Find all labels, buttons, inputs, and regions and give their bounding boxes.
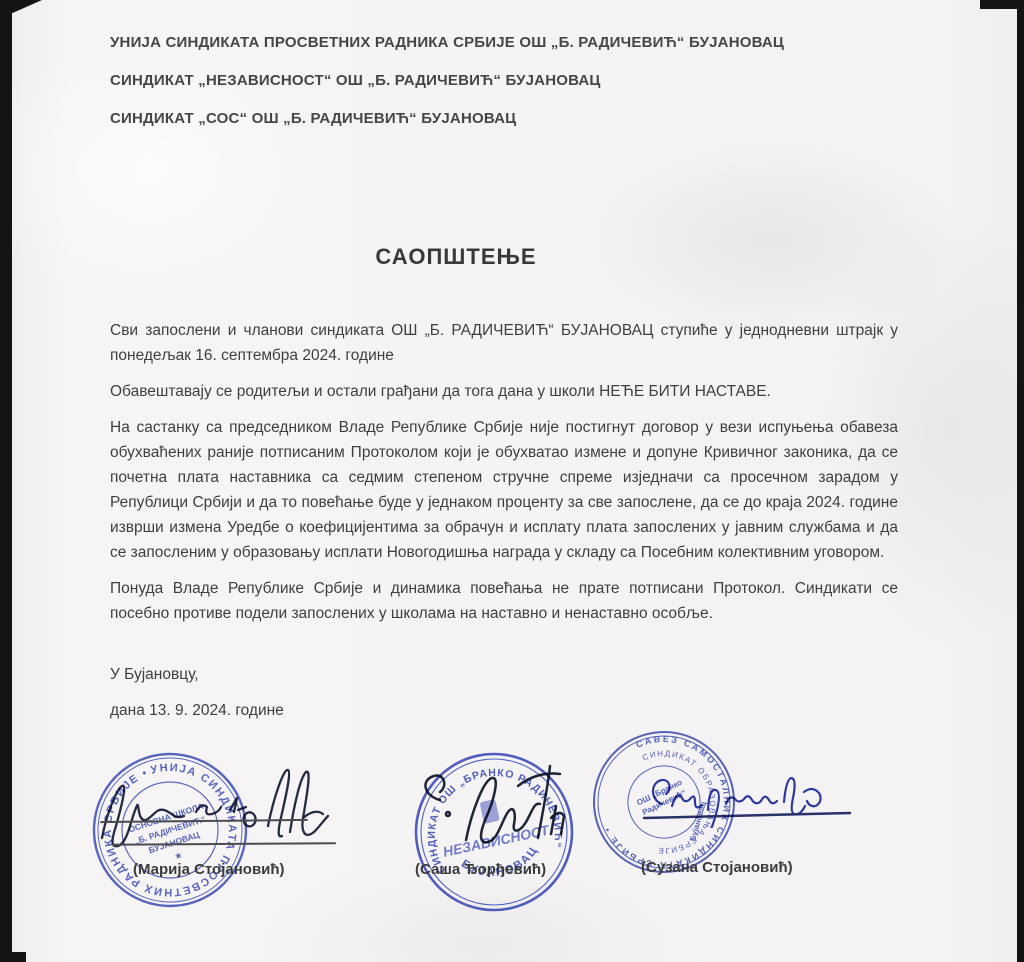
paragraph-strike-announcement: Сви запослени и чланови синдиката ОШ „Б.… <box>110 318 898 368</box>
scanned-document-photo: УНИЈА СИНДИКАТА ПРОСВЕТНИХ РАДНИКА СРБИЈ… <box>0 0 1024 962</box>
letterhead-line-2: СИНДИКАТ „НЕЗАВИСНОСТ“ ОШ „Б. РАДИЧЕВИЋ“… <box>110 62 870 100</box>
place-line: У Бујановцу, <box>110 666 199 684</box>
letterhead: УНИЈА СИНДИКАТА ПРОСВЕТНИХ РАДНИКА СРБИЈ… <box>110 24 870 138</box>
signer-name-marija: (Марија Стојановић) <box>133 861 285 878</box>
date-line: дана 13. 9. 2024. године <box>110 702 284 720</box>
paragraph-negotiation-details: На састанку са председником Владе Републ… <box>110 415 898 565</box>
paragraph-government-offer: Понуда Владе Републике Србије и динамика… <box>110 576 898 626</box>
signature-sasa-djordjevic <box>406 754 581 862</box>
document-body: Сви запослени и чланови синдиката ОШ „Б.… <box>110 318 898 637</box>
signature-suzana-stojanovic <box>638 770 856 828</box>
signer-name-sasa: (Саша Ђорђевић) <box>415 861 546 878</box>
paragraph-no-classes-notice: Обавештавају се родитељи и остали грађан… <box>110 379 898 404</box>
signer-name-suzana: (Сузана Стојановић) <box>641 859 793 876</box>
signature-marija-stojanovic <box>92 756 332 856</box>
letterhead-line-3: СИНДИКАТ „СОС“ ОШ „Б. РАДИЧЕВИЋ“ БУЈАНОВ… <box>110 100 870 138</box>
photo-edge-top-right <box>980 0 1024 9</box>
photo-edge-bottom-left <box>0 952 26 962</box>
photo-edge-top-left <box>0 0 42 13</box>
document-title: САОПШТЕЊЕ <box>62 244 850 270</box>
photo-edge-right <box>1017 0 1024 962</box>
photo-edge-left <box>0 0 12 962</box>
letterhead-line-1: УНИЈА СИНДИКАТА ПРОСВЕТНИХ РАДНИКА СРБИЈ… <box>110 24 870 62</box>
